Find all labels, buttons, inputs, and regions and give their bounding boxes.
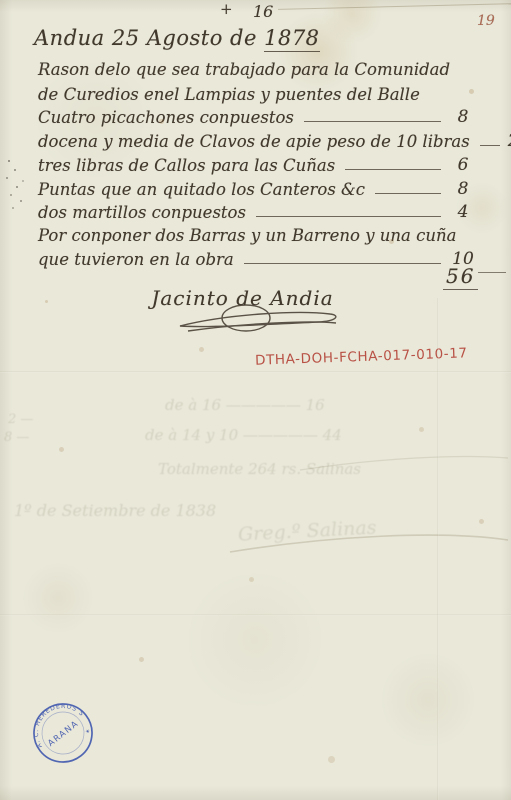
ledger-row: que tuvieron en la obra 10: [38, 249, 477, 269]
ledger-leader-line: [480, 145, 500, 146]
ink-speckles: [8, 160, 10, 162]
ledger-row-text: dos martillos conpuestos: [38, 203, 246, 222]
date-line-year: 1878: [264, 26, 319, 52]
stamp-center-text: ARANA: [46, 719, 81, 749]
total-rule: [478, 272, 506, 273]
paper-top-edge: [278, 3, 511, 10]
manuscript-page: { "header": { "cross": "+", "folio_numbe…: [0, 0, 511, 800]
ledger-row: Puntas que an quitado los Canteros &c 8: [38, 179, 477, 199]
notary-stamp: A. C. HEREDEROS SALINAS ARANA ✶: [15, 685, 110, 780]
archive-reference: DTHA-DOH-FCHA-017-010-17: [255, 345, 468, 368]
ghost-flourish-curve: [0, 440, 511, 570]
ledger-leader-line: [375, 193, 441, 194]
ghost-line: de à 16 ————— 16: [165, 396, 325, 414]
ledger-row-value: 8: [449, 179, 477, 199]
ledger-row-value: 6: [449, 155, 477, 175]
ledger-row: dos martillos conpuestos 4: [38, 202, 477, 222]
ledger-leader-line: [304, 121, 441, 122]
ledger-row: docena y media de Clavos de apie peso de…: [38, 131, 477, 151]
intro-line-2: de Curedios enel Lampias y puentes del B…: [38, 85, 420, 104]
ledger-row-value: 4: [449, 202, 477, 222]
ledger-leader-line: [256, 216, 441, 217]
foxing-spots: [45, 300, 48, 303]
ledger-row-text: que tuvieron en la obra: [38, 250, 234, 269]
signature-rubric: [168, 300, 348, 340]
fold-crease-horizontal: [0, 371, 511, 373]
ledger-leader-line: [345, 169, 441, 170]
date-line: Andua 25 Agosto de 1878: [34, 26, 320, 50]
fold-crease-horizontal: [0, 614, 511, 616]
ledger-row-text: Cuatro picachones conpuestos: [38, 108, 294, 127]
date-line-text: Andua 25 Agosto de: [34, 26, 264, 50]
ledger-row-text: docena y media de Clavos de apie peso de…: [38, 132, 470, 151]
ledger-leader-line: [244, 263, 441, 264]
ledger-row-text: Por conponer dos Barras y un Barreno y u…: [38, 226, 456, 245]
folio-cross-mark: +: [220, 0, 233, 18]
ledger-row: Por conponer dos Barras y un Barreno y u…: [38, 226, 477, 245]
ghost-line: 2 —: [8, 412, 33, 427]
ledger-row-value: 8: [449, 107, 477, 127]
ledger-row-text: tres libras de Callos para las Cuñas: [38, 156, 335, 175]
ledger-row: tres libras de Callos para las Cuñas 6: [38, 155, 477, 175]
intro-line-1: Rason delo que sea trabajado para la Com…: [38, 60, 450, 79]
ledger-row-text: Puntas que an quitado los Canteros &c: [38, 180, 365, 199]
folio-number: 16: [253, 2, 273, 21]
ledger-row: Cuatro picachones conpuestos 8: [38, 107, 477, 127]
total-value: 56: [443, 264, 478, 290]
fold-crease-vertical: [437, 298, 439, 800]
corner-page-number: 19: [477, 13, 495, 29]
